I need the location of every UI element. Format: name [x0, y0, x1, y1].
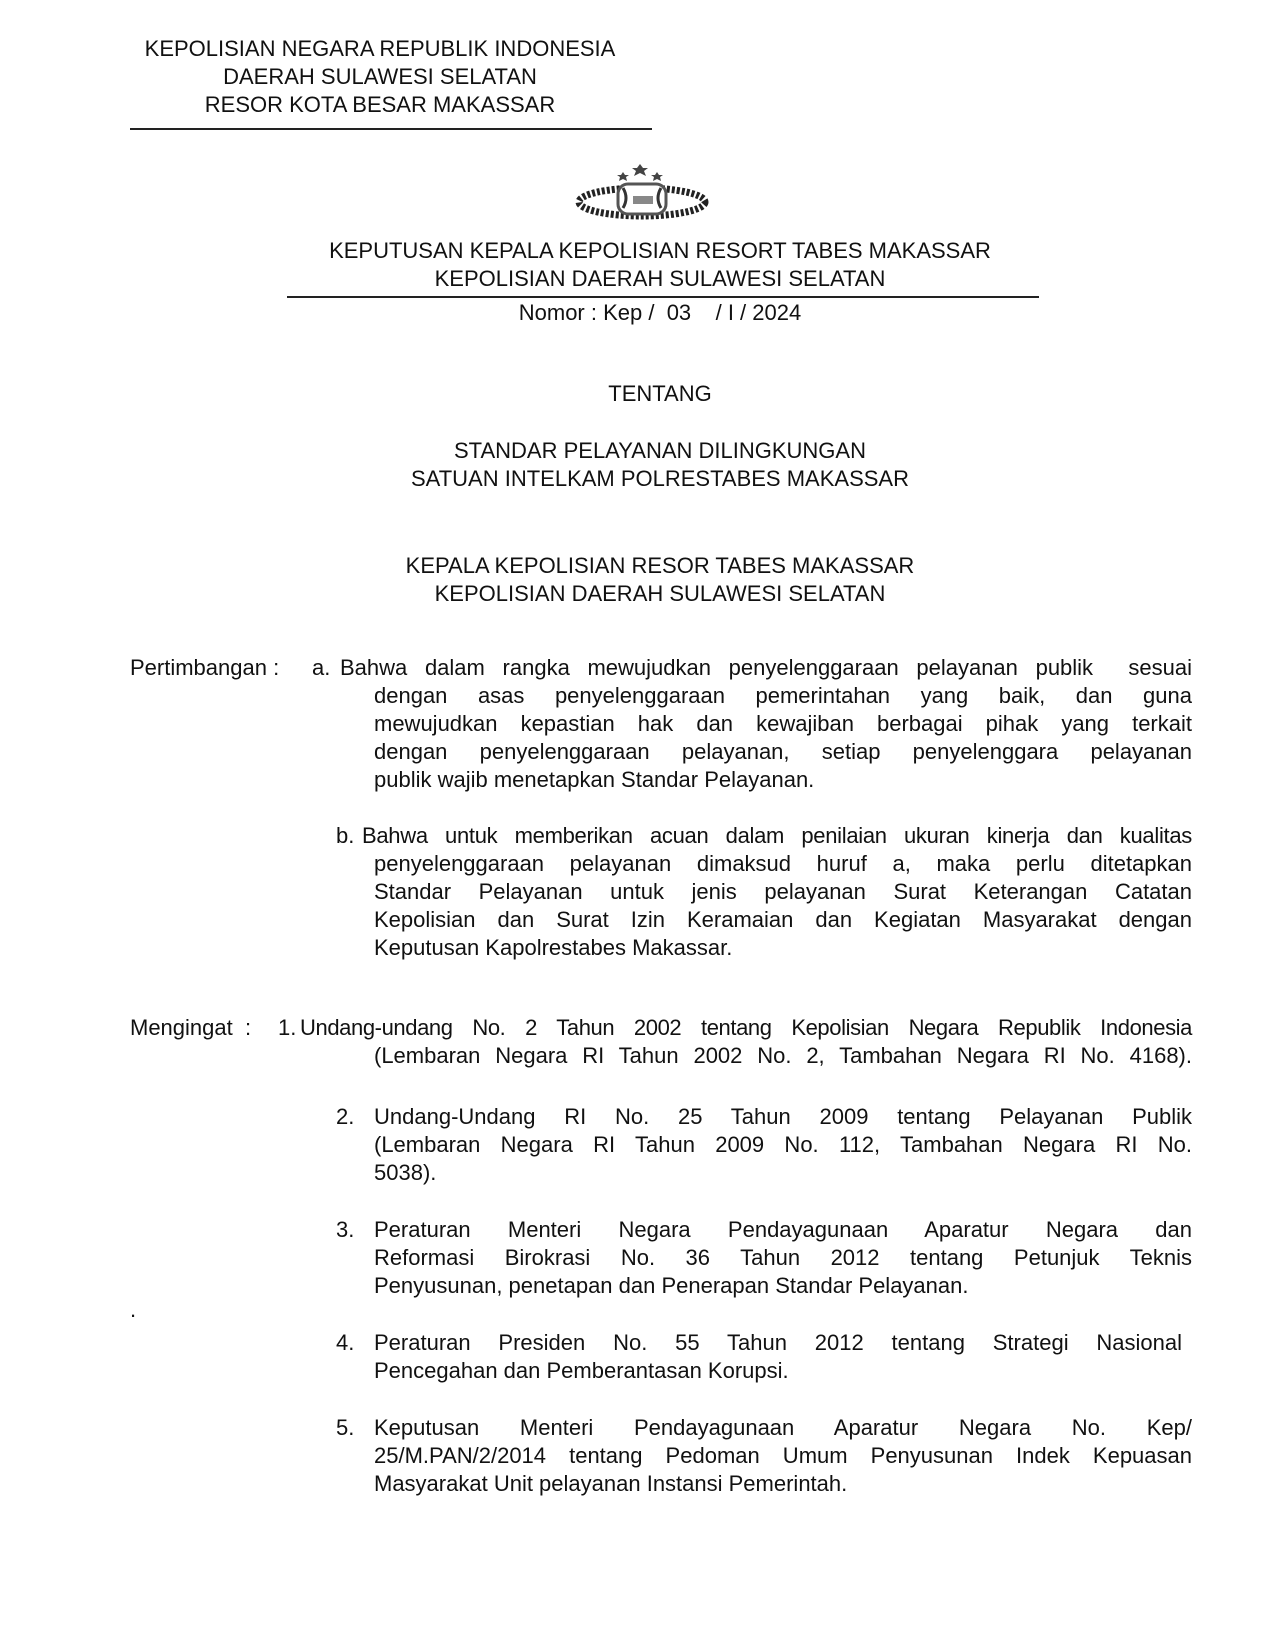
mengingat-3-body: Peraturan Menteri Negara Pendayagunaan A…	[374, 1216, 1192, 1300]
pertimbangan-a-first: Bahwa dalam rangka mewujudkan penyelengg…	[340, 654, 1192, 682]
pertimbangan-label: Pertimbangan :	[130, 654, 279, 682]
decree-title-line: KEPOLISIAN DAERAH SULAWESI SELATAN	[280, 265, 1040, 293]
text-line: Reformasi Birokrasi No. 36 Tahun 2012 te…	[374, 1244, 1192, 1272]
mengingat-1-marker: 1.	[278, 1014, 296, 1042]
decree-divider	[287, 296, 1039, 298]
pertimbangan-b-first: Bahwa untuk memberikan acuan dalam penil…	[362, 822, 1192, 850]
pertimbangan-b-marker: b.	[336, 822, 354, 850]
text-line: Kepolisian dan Surat Izin Keramaian dan …	[374, 906, 1192, 934]
text-line: dengan asas penyelenggaraan pemerintahan…	[374, 682, 1192, 710]
subject-title: STANDAR PELAYANAN DILINGKUNGAN SATUAN IN…	[280, 437, 1040, 493]
text-line: publik wajib menetapkan Standar Pelayana…	[374, 766, 1192, 794]
mengingat-5-body: Keputusan Menteri Pendayagunaan Aparatur…	[374, 1414, 1192, 1498]
text-line: Pencegahan dan Pemberantasan Korupsi.	[374, 1357, 1182, 1385]
text-line: (Lembaran Negara RI Tahun 2002 No. 2, Ta…	[374, 1042, 1192, 1070]
text-line: Masyarakat Unit pelayanan Instansi Pemer…	[374, 1470, 1192, 1498]
subject-heading: TENTANG	[280, 380, 1040, 408]
mengingat-4-marker: 4.	[336, 1329, 354, 1357]
letterhead-line: DAERAH SULAWESI SELATAN	[110, 63, 650, 91]
mengingat-1-body: (Lembaran Negara RI Tahun 2002 No. 2, Ta…	[374, 1042, 1192, 1070]
decree-title-line: KEPUTUSAN KEPALA KEPOLISIAN RESORT TABES…	[280, 237, 1040, 265]
letterhead: KEPOLISIAN NEGARA REPUBLIK INDONESIA DAE…	[110, 35, 650, 119]
letterhead-line: RESOR KOTA BESAR MAKASSAR	[110, 91, 650, 119]
text-line: Peraturan Presiden No. 55 Tahun 2012 ten…	[374, 1329, 1182, 1357]
text-line: (Lembaran Negara RI Tahun 2009 No. 112, …	[374, 1131, 1192, 1159]
mengingat-5-marker: 5.	[336, 1414, 354, 1442]
pertimbangan-a-body: dengan asas penyelenggaraan pemerintahan…	[374, 682, 1192, 794]
subject-line: SATUAN INTELKAM POLRESTABES MAKASSAR	[280, 465, 1040, 493]
text-line: Undang-Undang RI No. 25 Tahun 2009 tenta…	[374, 1103, 1192, 1131]
subject-line: STANDAR PELAYANAN DILINGKUNGAN	[280, 437, 1040, 465]
text-line: 5038).	[374, 1159, 1192, 1187]
text-line: dengan penyelenggaraan pelayanan, setiap…	[374, 738, 1192, 766]
text-line: Peraturan Menteri Negara Pendayagunaan A…	[374, 1216, 1192, 1244]
decree-title: KEPUTUSAN KEPALA KEPOLISIAN RESORT TABES…	[280, 237, 1040, 293]
mengingat-label: Mengingat :	[130, 1014, 251, 1042]
pertimbangan-b-body: penyelenggaraan pelayanan dimaksud huruf…	[374, 850, 1192, 962]
pertimbangan-a-marker: a.	[312, 654, 330, 682]
decree-number: Nomor : Kep / 03 / I / 2024	[280, 299, 1040, 327]
mengingat-2-marker: 2.	[336, 1103, 354, 1131]
issuer: KEPALA KEPOLISIAN RESOR TABES MAKASSAR K…	[280, 552, 1040, 608]
mengingat-1-first: Undang-undang No. 2 Tahun 2002 tentang K…	[300, 1014, 1192, 1042]
text-line: Standar Pelayanan untuk jenis pelayanan …	[374, 878, 1192, 906]
text-line: penyelenggaraan pelayanan dimaksud huruf…	[374, 850, 1192, 878]
stray-mark: .	[130, 1296, 136, 1324]
issuer-line: KEPOLISIAN DAERAH SULAWESI SELATAN	[280, 580, 1040, 608]
issuer-line: KEPALA KEPOLISIAN RESOR TABES MAKASSAR	[280, 552, 1040, 580]
letterhead-divider	[130, 128, 652, 130]
mengingat-3-marker: 3.	[336, 1216, 354, 1244]
text-line: Keputusan Kapolrestabes Makassar.	[374, 934, 1192, 962]
text-line: mewujudkan kepastian hak dan kewajiban b…	[374, 710, 1192, 738]
police-emblem-icon	[575, 158, 710, 220]
text-line: Penyusunan, penetapan dan Penerapan Stan…	[374, 1272, 1192, 1300]
mengingat-2-body: Undang-Undang RI No. 25 Tahun 2009 tenta…	[374, 1103, 1192, 1187]
text-line: 25/M.PAN/2/2014 tentang Pedoman Umum Pen…	[374, 1442, 1192, 1470]
mengingat-4-body: Peraturan Presiden No. 55 Tahun 2012 ten…	[374, 1329, 1182, 1385]
letterhead-line: KEPOLISIAN NEGARA REPUBLIK INDONESIA	[110, 35, 650, 63]
text-line: Keputusan Menteri Pendayagunaan Aparatur…	[374, 1414, 1192, 1442]
